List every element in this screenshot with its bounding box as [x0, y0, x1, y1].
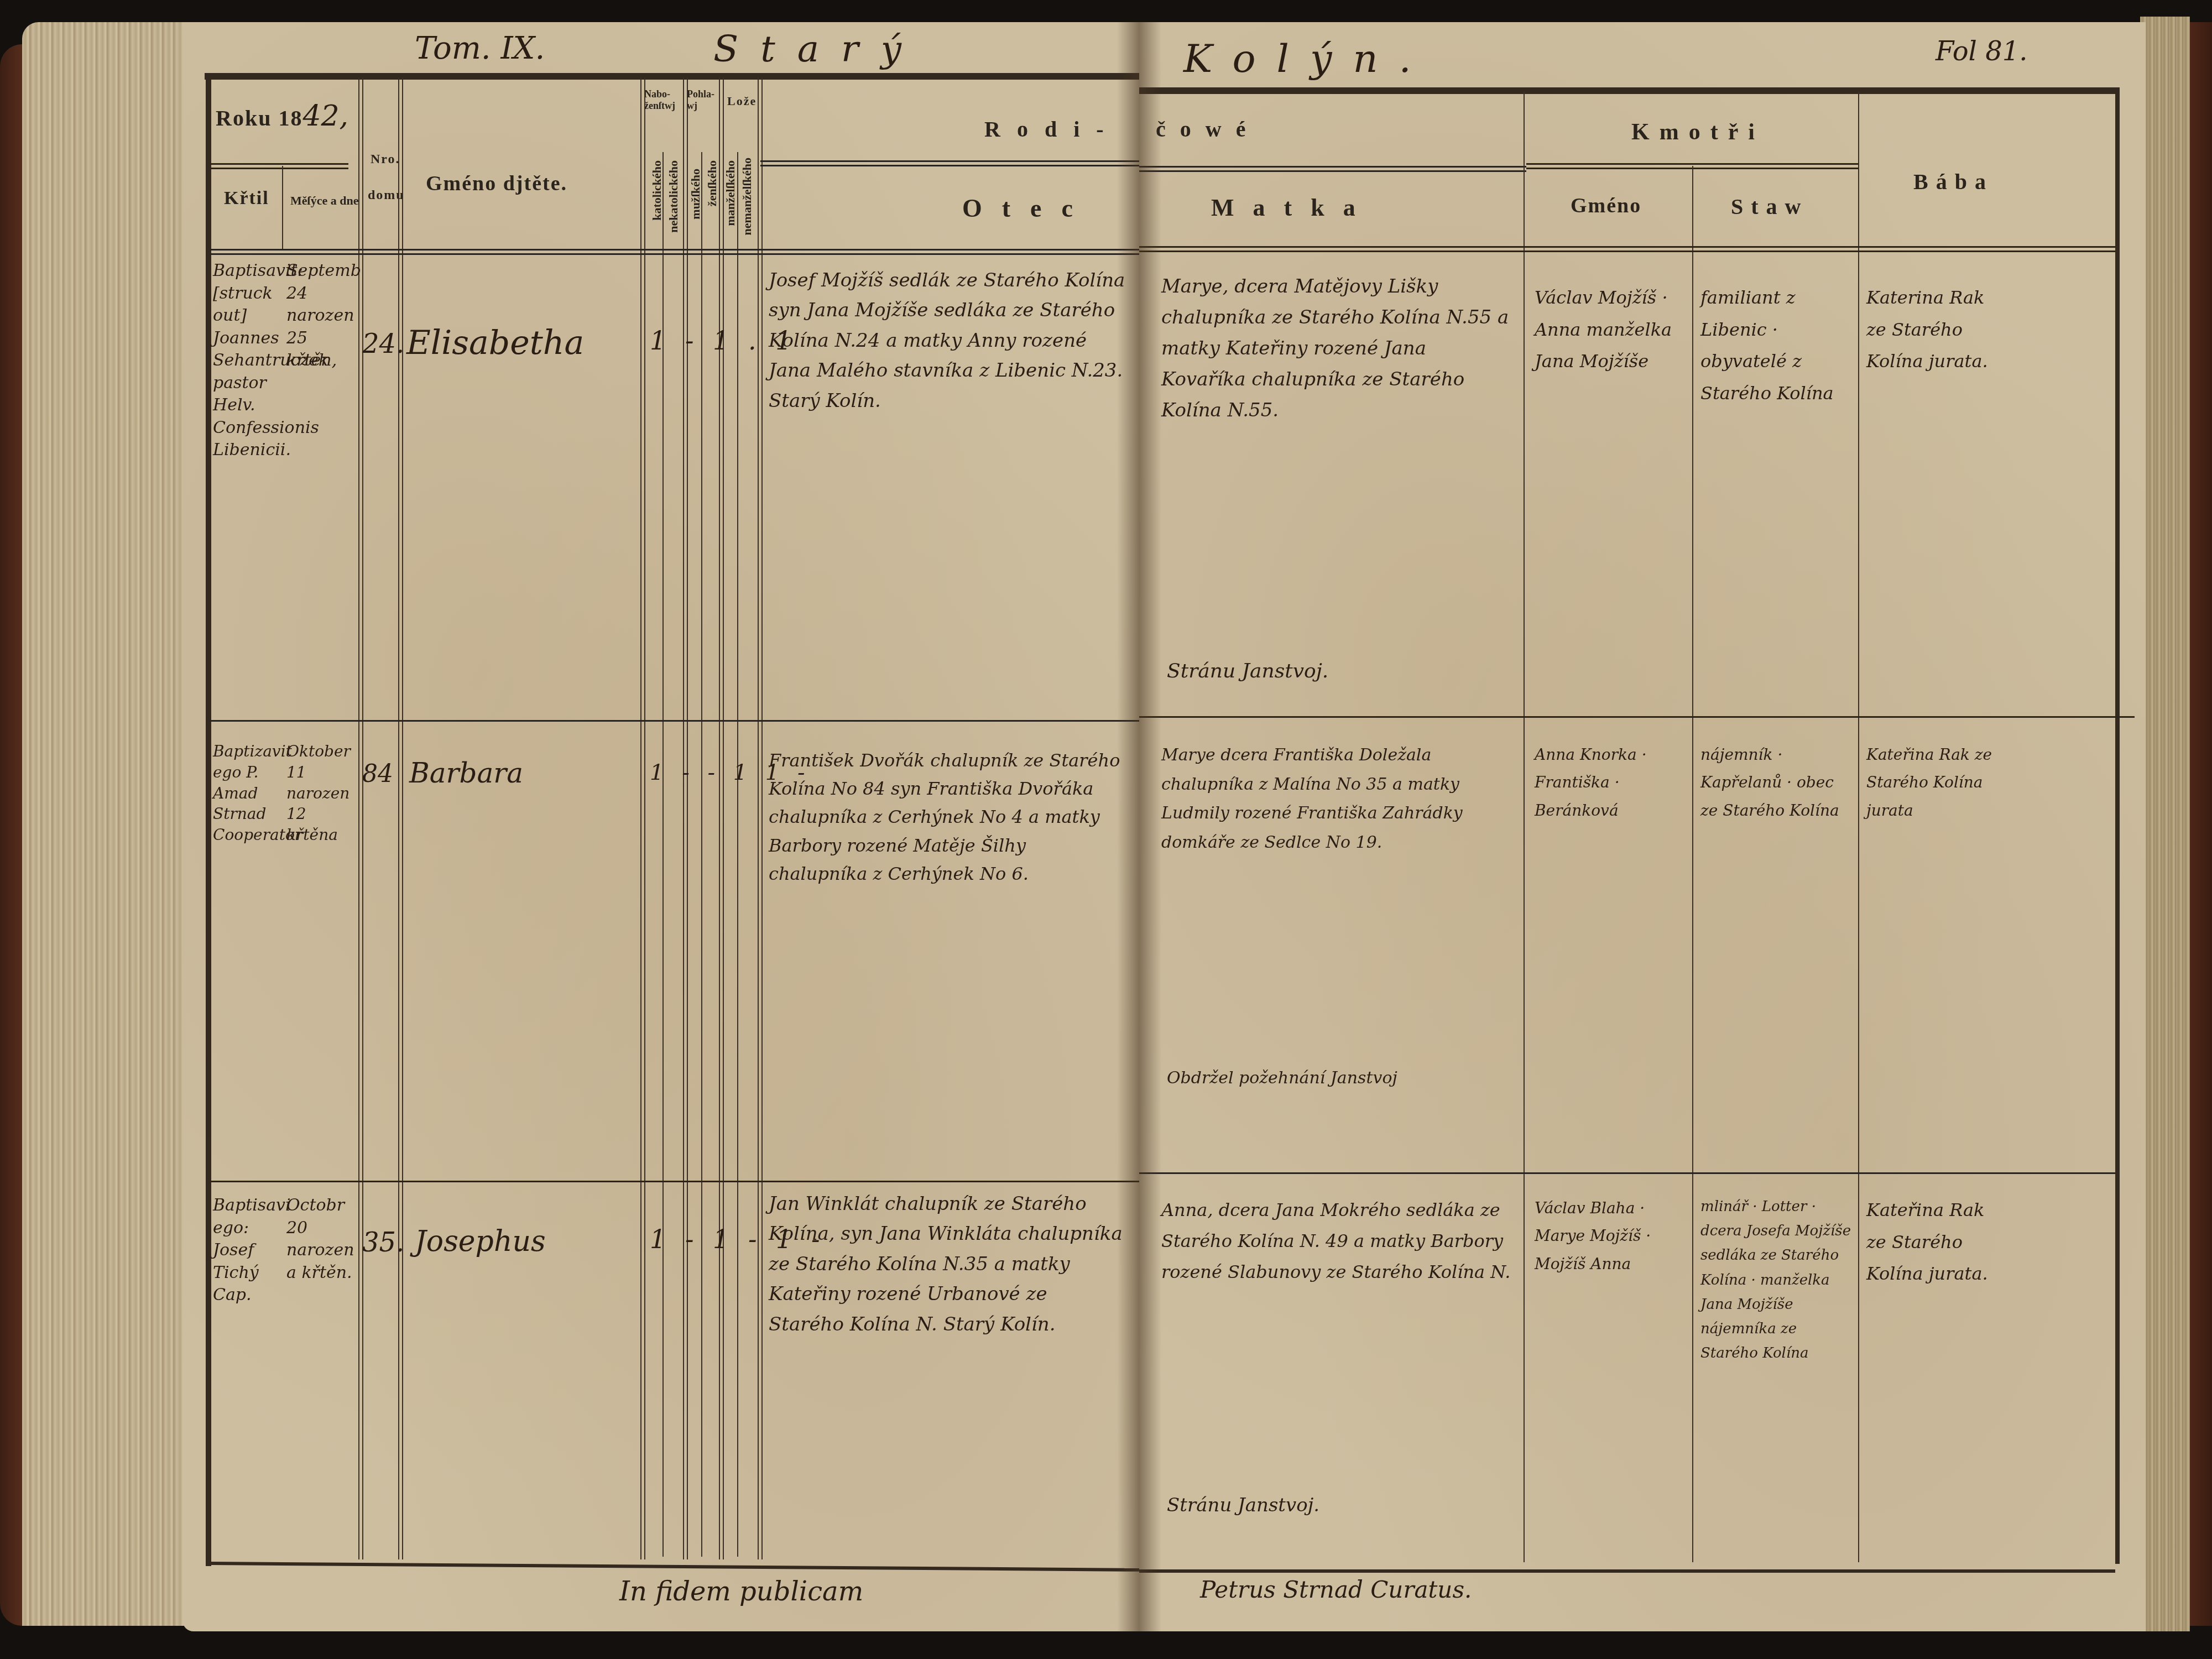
col-divider: [358, 77, 363, 1559]
row-divider: [1139, 716, 2135, 718]
left-frame-rule: [206, 73, 211, 1566]
header-zenskeho: ženſkého: [705, 160, 719, 206]
row-divider: [210, 720, 1139, 722]
entry-2-midwife: Kateřina Rak ze Starého Kolína jurata: [1866, 741, 2005, 825]
entry-1-godparents-status: familiant z Libenic · obyvatelé z Staréh…: [1700, 282, 1855, 409]
entry-1-midwife: Katerina Rak ze Starého Kolína jurata.: [1866, 282, 2005, 378]
header-jmeno-ditete: Gméno djtěte.: [426, 171, 567, 196]
entry-1-mother-note: Stránu Janstvoj.: [1167, 658, 1328, 685]
entry-1-kritil: Baptisavit: [struck out] Joannes Sehantr…: [213, 260, 279, 462]
entry-2-godparents-name: Anna Knorka · Františka · Beránková: [1535, 741, 1689, 825]
page-edges-left: [22, 22, 205, 1626]
col-divider: [1858, 91, 1859, 1562]
entry-1-father: Josef Mojžíš sedlák ze Starého Kolína sy…: [769, 265, 1128, 416]
rodice-rule: [1139, 166, 1526, 172]
header-matka: Matka: [1211, 194, 1374, 222]
entry-2-date: Oktober 11 narozen 12 křtěna: [286, 741, 356, 846]
col-divider: [737, 152, 738, 1557]
entry-1-mother: Marye, dcera Matějovy Lišky chalupníka z…: [1161, 271, 1515, 426]
entry-1-child-name: Elisabetha: [406, 321, 584, 366]
table-bottom-rule: [1139, 1569, 2115, 1573]
entry-3-midwife: Kateřina Rak ze Starého Kolína jurata.: [1866, 1194, 2005, 1290]
header-nekatolickeho: nekatolického: [666, 160, 681, 233]
rodice-rule: [760, 160, 1139, 166]
header-baba: Bába: [1913, 169, 1994, 195]
col-divider: [662, 152, 664, 1557]
entry-2-mother-note: Obdržel požehnání Janstvoj: [1167, 1067, 1397, 1090]
header-kritil: Křtil: [224, 188, 269, 209]
col-divider: [719, 77, 724, 1559]
header-mesice: Měſýce a dne: [290, 194, 358, 208]
entry-2-mother: Marye dcera Františka Doležala chalupník…: [1161, 741, 1515, 857]
year-label: Roku 1842,: [216, 100, 348, 133]
row-divider: [210, 1181, 1139, 1182]
entry-3-house-no: 35.: [362, 1225, 404, 1261]
folio-number: Fol 81.: [1936, 36, 2028, 67]
header-nemanzelskeho: nemanželſkého: [740, 158, 754, 236]
header-otec: Otec: [962, 194, 1093, 223]
col-divider: [398, 77, 403, 1559]
header-kmotri-stav: Staw: [1731, 194, 1808, 220]
row-divider: [1139, 1172, 2115, 1174]
entry-1-godparents-name: Václav Mojžíš · Anna manželka Jana Mojží…: [1535, 282, 1689, 378]
year-rule: [210, 163, 348, 169]
col-divider: [640, 77, 645, 1559]
col-divider: [1692, 166, 1693, 1562]
entry-2-child-name: Barbara: [409, 755, 523, 792]
table-bottom-rule: [210, 1562, 1139, 1572]
header-nro: Nro.: [371, 152, 400, 167]
entry-2-house-no: 84: [362, 758, 393, 790]
right-frame-rule: [2115, 87, 2120, 1564]
footer-left: In fidem publicam: [619, 1576, 863, 1607]
page-edges-right: [2140, 17, 2190, 1631]
col-divider: [1524, 91, 1525, 1562]
parish-title-left: Starý: [713, 28, 924, 70]
entry-2-father: František Dvořák chalupník ze Starého Ko…: [769, 747, 1128, 888]
entry-3-mother: Anna, dcera Jana Mokrého sedláka ze Star…: [1161, 1194, 1515, 1287]
header-kmotri: Kmotři: [1631, 119, 1765, 145]
header-nabozenstvi: Nabo-ženſtwj: [644, 88, 683, 112]
header-top-rule: [1139, 87, 2118, 94]
entry-3-kritil: Baptisavi ego: Josef Tichý Cap.: [213, 1194, 282, 1307]
header-rodicove-right: čowé: [1156, 116, 1260, 142]
volume-note: Tom. IX.: [415, 30, 545, 66]
col-divider: [701, 152, 702, 1557]
parish-title-right: Kolýn.: [1183, 36, 1432, 81]
header-rodicove-left: Rodi-: [984, 116, 1120, 142]
entry-2-kritil: Baptizavit ego P. Amad Strnad Cooperator: [213, 741, 279, 846]
entry-3-father: Jan Winklát chalupník ze Starého Kolína,…: [769, 1189, 1128, 1339]
entry-3-godparents-status: mlinář · Lotter · dcera Josefa Mojžíše s…: [1700, 1194, 1855, 1365]
divider: [282, 166, 283, 249]
left-page: Tom. IX. Starý Roku 1842, Křtil Měſýce a…: [182, 22, 1139, 1631]
header-loze: Lože: [727, 94, 757, 108]
entry-1-date: Septemb 24 narozen 25 křtěn,: [286, 260, 356, 372]
header-bottom-rule: [210, 249, 1139, 255]
entry-3-child-name: Josephus: [415, 1222, 546, 1261]
header-top-rule: [205, 73, 1139, 80]
col-divider: [683, 77, 688, 1559]
col-divider: [758, 77, 763, 1559]
header-manzelskeho: manželſkého: [723, 160, 738, 226]
entry-1-house-no: 24.: [362, 326, 404, 362]
entry-2-godparents-status: nájemník · Kapřelanů · obec ze Starého K…: [1700, 741, 1855, 825]
header-kmotri-jmeno: Gméno: [1571, 194, 1641, 218]
entry-3-godparents-name: Václav Blaha · Marye Mojžíš · Mojžíš Ann…: [1535, 1194, 1689, 1278]
footer-right: Petrus Strnad Curatus.: [1200, 1576, 1472, 1603]
right-page: Kolýn. Fol 81. čowé Matka Kmotři Gméno S…: [1139, 22, 2146, 1631]
header-pohlavi: Pohla-wj: [687, 88, 720, 112]
header-bottom-rule: [1139, 246, 2115, 252]
entry-3-date: Octobr 20 narozen a křtěn.: [286, 1194, 356, 1284]
entry-3-mother-note: Stránu Janstvoj.: [1167, 1493, 1319, 1519]
